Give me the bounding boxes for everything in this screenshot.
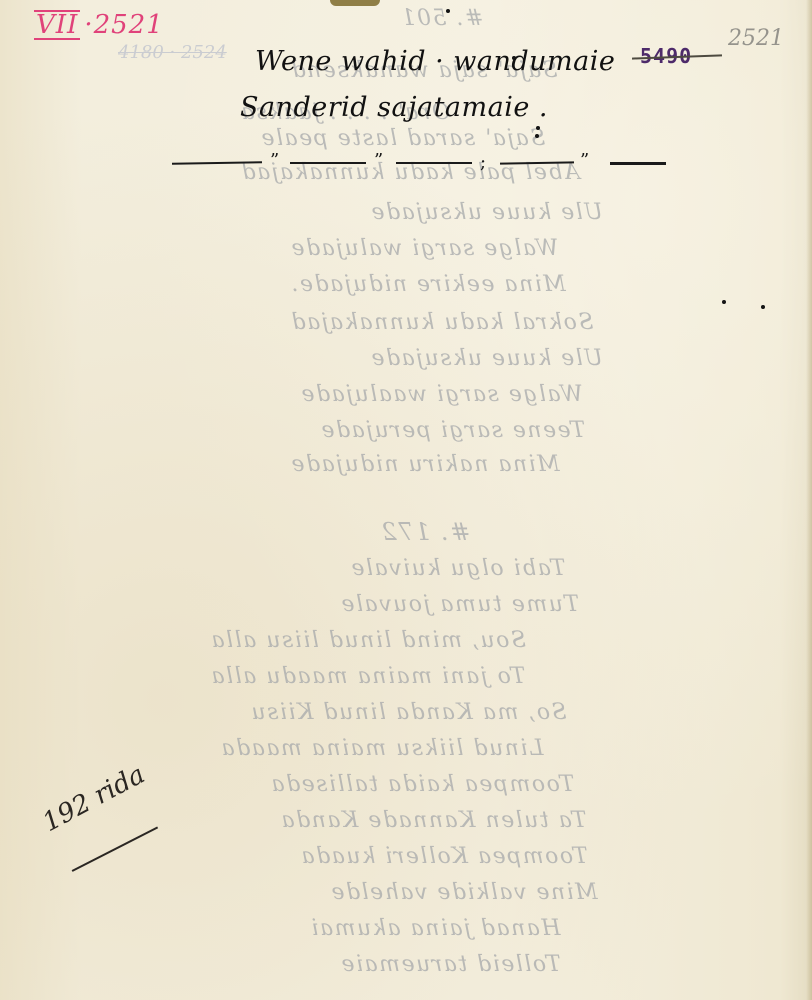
bleed-line: Sou, mind linud liisu alla bbox=[210, 628, 526, 653]
ink-dot bbox=[535, 134, 539, 138]
title-separator-row: ” ” ; ” bbox=[170, 152, 700, 172]
separator-dash bbox=[290, 162, 366, 164]
title-line-2: Sanderid sajatamaie . bbox=[240, 92, 548, 123]
bleed-header-2: #. 172 bbox=[380, 518, 470, 546]
bleed-line: So, ma Kanda linud Kiisu bbox=[250, 700, 567, 725]
bleed-line: Tolleid taruemaie bbox=[340, 952, 561, 977]
archive-number-value: 2521 bbox=[94, 10, 164, 40]
bleed-line: Ule kuue uksujade bbox=[370, 200, 603, 225]
separator-dash bbox=[610, 162, 666, 165]
bleed-line: Saja' sarad laste peale bbox=[260, 126, 545, 151]
separator-dash bbox=[396, 162, 472, 164]
ditto-mark: ” bbox=[580, 150, 589, 171]
bleed-line: Ule kuue uksujade bbox=[370, 346, 603, 371]
bleed-line: Mina eekire nidujade. bbox=[290, 272, 566, 297]
bleed-header-1: #. 501 bbox=[400, 6, 483, 31]
archive-roman: VII bbox=[34, 10, 80, 40]
margin-line-count-note: 192 rida bbox=[38, 760, 150, 838]
ink-dot bbox=[512, 56, 516, 60]
bleed-line: Sokral kadu kunnakajad bbox=[290, 310, 593, 335]
ink-dot bbox=[722, 300, 726, 304]
ditto-mark: ” bbox=[270, 150, 279, 171]
bleed-line: Toompea kaida talliseda bbox=[270, 772, 574, 797]
paper-edge bbox=[806, 0, 812, 1000]
faded-old-number: 4180 · 2524 bbox=[118, 42, 227, 63]
separator-dash bbox=[172, 161, 262, 165]
bleed-line: Toompea Kolleri kuada bbox=[300, 844, 588, 869]
bleed-line: Walge sargi waalujade bbox=[300, 382, 583, 407]
ditto-mark: ” bbox=[374, 150, 383, 171]
bleed-line: Walge sargi walujade bbox=[290, 236, 558, 261]
ink-dot bbox=[761, 305, 765, 309]
ink-dot bbox=[536, 126, 540, 130]
ink-dot bbox=[446, 9, 450, 13]
bleed-line: Tabi olgu kuivale bbox=[350, 556, 565, 581]
bleed-line: To jani maina maadu alla bbox=[210, 664, 525, 689]
bleed-line: Teene sargi perujade bbox=[320, 418, 585, 443]
archive-number: VII·2521 bbox=[34, 10, 164, 40]
bleed-line: Mina nakiru nidujade bbox=[290, 452, 560, 477]
bleed-line: Mine valkide vahelde bbox=[330, 880, 598, 905]
bleed-line: Hanad jaina akumai bbox=[310, 916, 561, 941]
archive-separator: · bbox=[84, 10, 93, 40]
pencil-page-number: 2521 bbox=[728, 26, 784, 51]
title-line-1: Wene wahid · wandumaie bbox=[255, 46, 615, 77]
separator-dash bbox=[500, 161, 574, 164]
bleed-line: Ta tulen Kannade Kanda bbox=[280, 808, 586, 833]
paper-stain bbox=[330, 0, 380, 6]
bleed-line: Tume tuma jouvale bbox=[340, 592, 579, 617]
margin-note-underline bbox=[72, 826, 158, 871]
bleed-line: Linud liiksu maina maada bbox=[220, 736, 544, 761]
manuscript-page: #. 501 Saja' saja wanaksend Ora' . . . .… bbox=[0, 0, 812, 1000]
semicolon-mark: ; bbox=[480, 152, 486, 173]
